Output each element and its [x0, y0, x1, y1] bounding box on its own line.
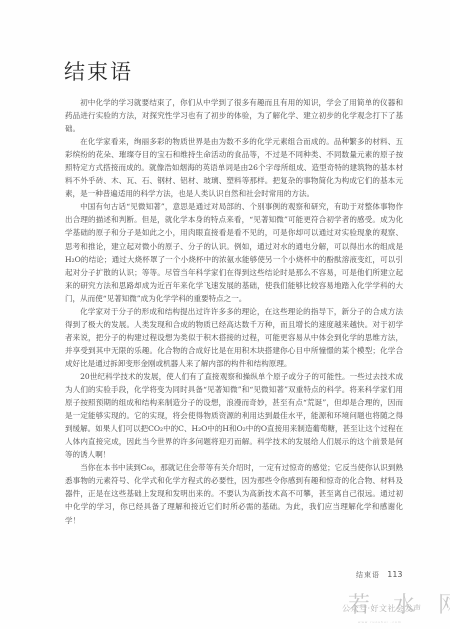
page-number: 113 — [387, 570, 402, 579]
textbook-page: 结束语 初中化学的学习就要结束了，你们从中学到了很多有趣而且有用的知识，学会了用… — [0, 0, 450, 629]
body-text: 初中化学的学习就要结束了，你们从中学到了很多有趣而且有用的知识，学会了用简单的仪… — [65, 96, 403, 527]
watermark-caption: 公众号·好文社会发声 — [342, 603, 422, 614]
paragraph-1: 初中化学的学习就要结束了，你们从中学到了很多有趣而且有用的知识，学会了用简单的仪… — [65, 96, 403, 135]
paragraph-4: 化学家对于分子的形成和结构提出过许许多多的理论，在这些理论的指导下，新分子的合成… — [65, 305, 403, 370]
watermark: 若 水 网 公众号·好文社会发声 www ruoshui .com — [340, 588, 450, 628]
paragraph-6: 当你在本书中读到C₆₀，那就记住会带等有关介绍时，一定有过惊奇的感觉；它反当使你… — [65, 461, 403, 526]
page-footer: 结束语 113 — [356, 570, 403, 580]
paragraph-3: 中国有句古话“见微知著”，意思是通过对局部的、个别事例的观察和研究，有助于对整体… — [65, 200, 403, 304]
paragraph-5: 20世纪科学技术的发展，使人们有了直接观察和操纵单个原子或分子的可能性。一些过去… — [65, 370, 403, 461]
watermark-url: www ruoshui .com — [358, 620, 402, 624]
paragraph-2: 在化学家看来，绚丽多彩的物质世界是由为数不多的化学元素组合而成的。品种繁多的材料… — [65, 135, 403, 200]
footer-section-label: 结束语 — [356, 571, 380, 579]
page-title: 结束语 — [64, 56, 133, 86]
